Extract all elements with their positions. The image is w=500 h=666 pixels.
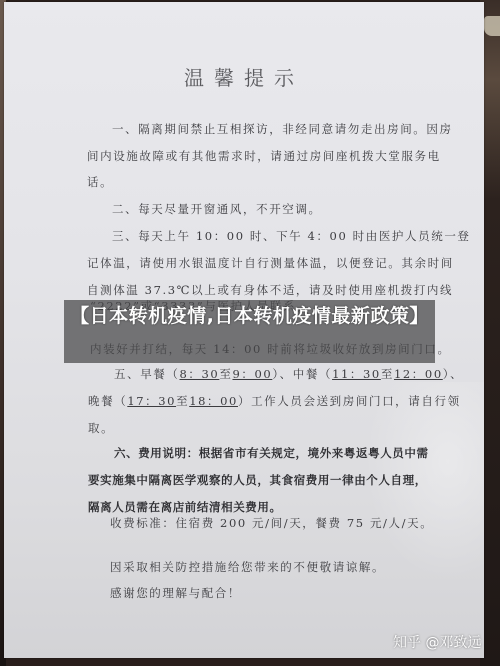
breakfast-start: 8：30 bbox=[180, 367, 220, 381]
closing-thanks: 感谢您的理解与配合！ bbox=[110, 585, 241, 601]
section-1-line-2: 间内设施故障或有其他需求时，请通过房间座机拨大堂服务电 bbox=[87, 148, 441, 164]
fee-standard: 收费标准：住宿费 200 元/间/天，餐费 75 元/人/天。 bbox=[110, 515, 433, 531]
section-6-line-3: 隔离人员需在离店前结清相关费用。 bbox=[88, 499, 282, 515]
section-2-line-1: 二、每天尽量开窗通风，不开空调。 bbox=[112, 201, 322, 217]
to-label: 至 bbox=[381, 367, 394, 381]
section-1-line-1: 一、隔离期间禁止互相探访，非经同意请勿走出房间。因房 bbox=[112, 121, 453, 137]
section-5-line-2: 晚餐（17：30至18：00）工作人员会送到房间门口，请自行领 bbox=[88, 393, 461, 409]
meal-mid: ）、中餐（ bbox=[272, 367, 332, 381]
section-6-line-2: 要实施集中隔离医学观察的人员，其食宿费用一律由个人自理， bbox=[88, 472, 427, 488]
lunch-end: 12：00 bbox=[394, 367, 443, 381]
dinner-suffix: ）工作人员会送到房间门口，请自行领 bbox=[238, 394, 461, 408]
section-6-line-1: 六、费用说明：根据省市有关规定，境外来粤返粤人员中需 bbox=[114, 445, 429, 461]
section-3-line-1: 三、每天上午 10：00 时、下午 4：00 时由医护人员统一登 bbox=[112, 228, 471, 244]
dinner-start: 17：30 bbox=[127, 394, 176, 408]
breakfast-end: 9：00 bbox=[232, 367, 272, 381]
meal-mid: ）、 bbox=[443, 367, 463, 381]
to-label: 至 bbox=[219, 367, 232, 381]
dinner-prefix: 晚餐（ bbox=[88, 394, 127, 408]
document-title: 温馨提示 bbox=[4, 62, 484, 91]
zhihu-watermark: 知乎 @邓致远 bbox=[393, 632, 481, 652]
section-5-line-3: 取。 bbox=[88, 420, 114, 436]
section-5-line-1: 五、早餐（8：30至9：00）、中餐（11：30至12：00）、 bbox=[114, 366, 463, 382]
dinner-end: 18：00 bbox=[189, 394, 238, 408]
caption-overlay-title: 【日本转机疫情,日本转机疫情最新政策】 bbox=[64, 302, 435, 331]
lunch-start: 11：30 bbox=[332, 367, 381, 381]
section-3-line-3: 自测体温 37.3℃以上或有身体不适，请及时使用座机拨打内线 bbox=[87, 282, 453, 298]
meal-prefix: 五、早餐（ bbox=[114, 367, 180, 381]
background-object bbox=[484, 16, 500, 36]
section-3-line-2: 记体温，请使用水银温度计自行测量体温，以便登记。其余时间 bbox=[87, 255, 454, 271]
closing-apology: 因采取相关防控措施给您带来的不便敬请谅解。 bbox=[110, 559, 385, 575]
to-label: 至 bbox=[176, 394, 189, 408]
section-1-line-3: 话。 bbox=[87, 174, 113, 190]
